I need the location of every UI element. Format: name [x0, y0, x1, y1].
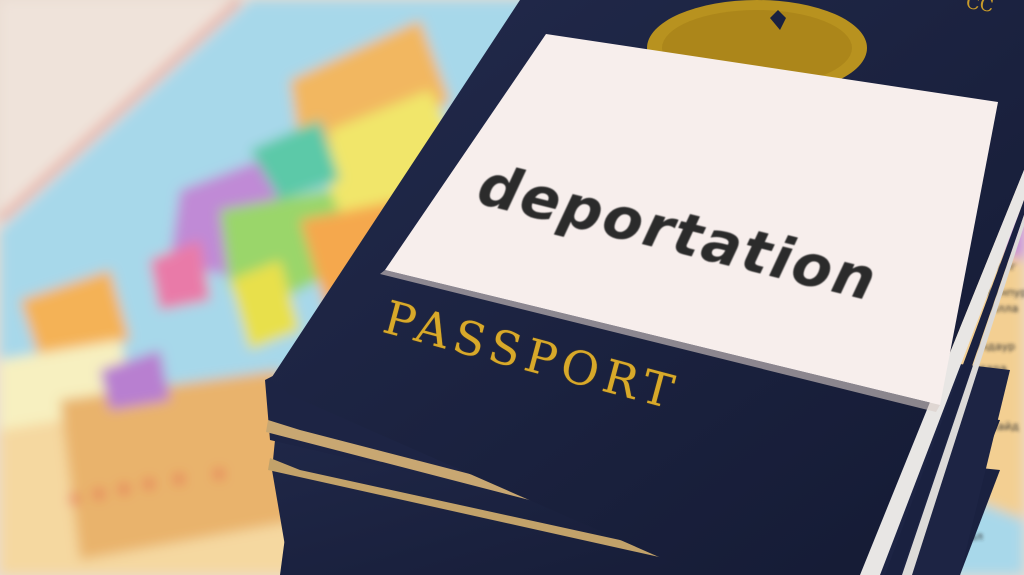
photo-scene: Ганг Канпур Алла Индаур Вадодара Сурат Х…	[0, 0, 1024, 575]
